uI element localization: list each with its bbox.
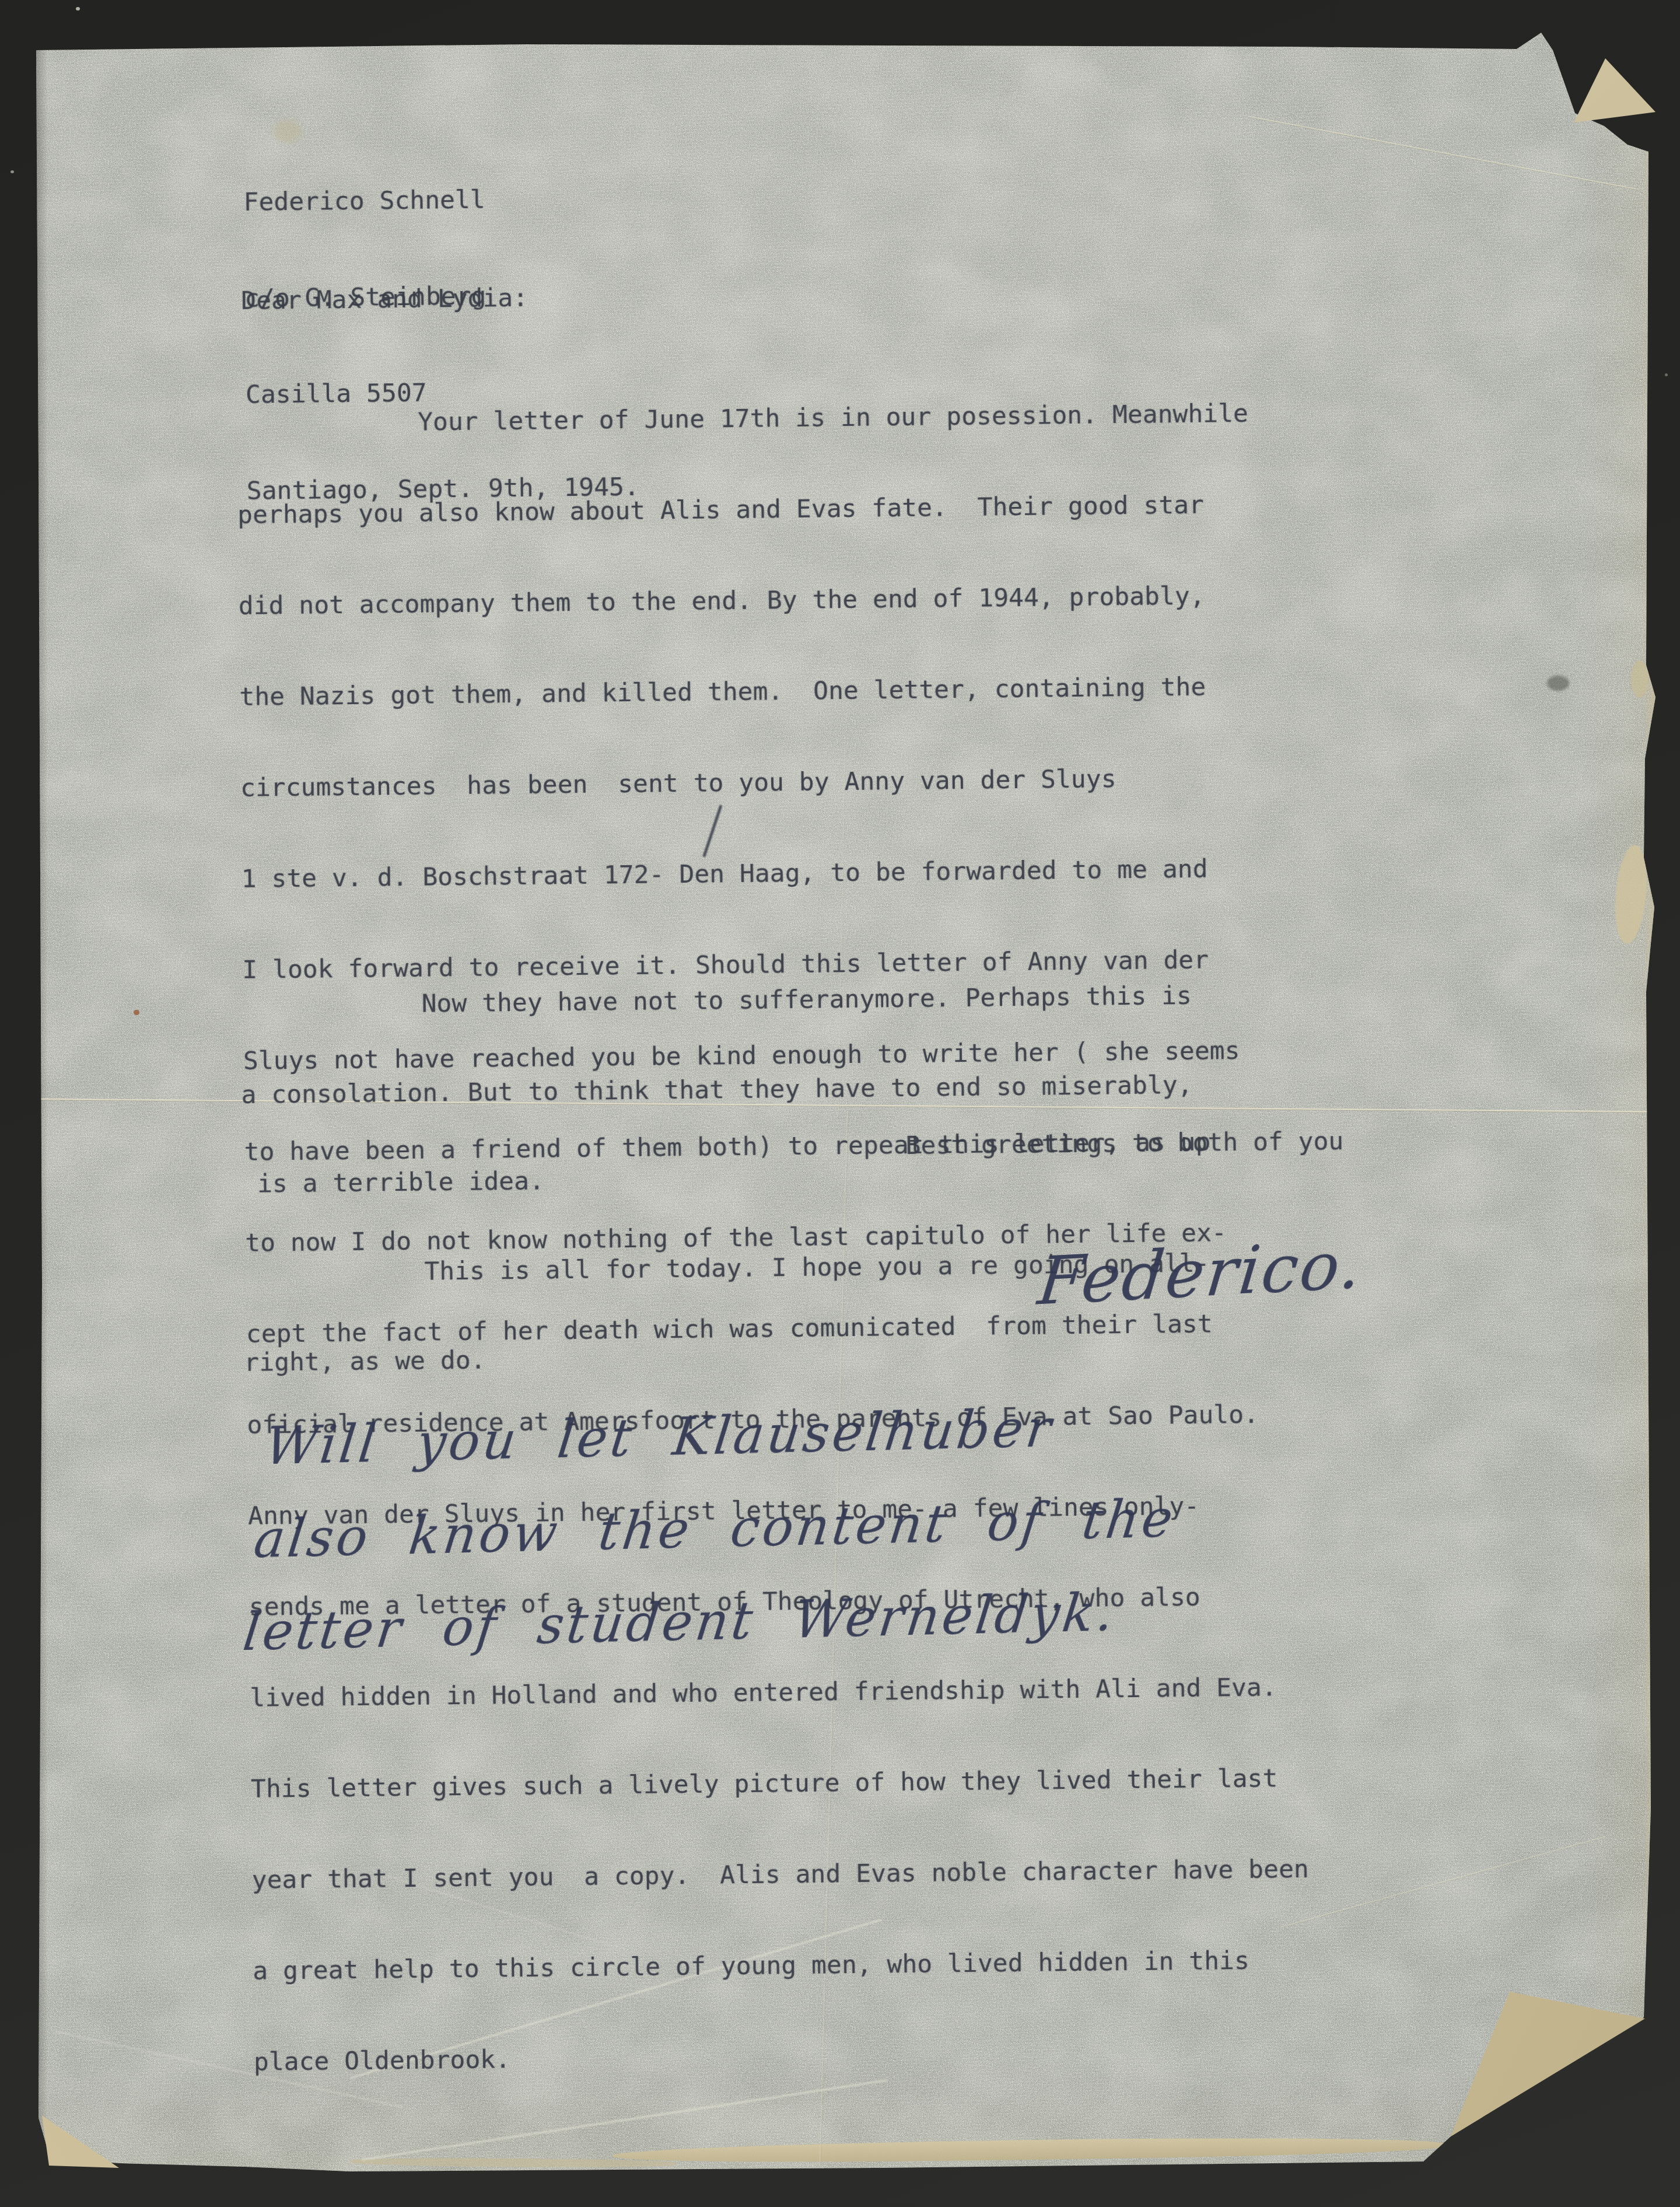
typed-line: year that I sent you a copy. Alis and Ev… <box>251 1854 1309 1895</box>
dust-speck <box>1665 373 1668 376</box>
typed-line: lived hidden in Holland and who entered … <box>250 1672 1307 1713</box>
typed-text-layer: Federico Schnell c/o G. Steinberg Casill… <box>0 0 1680 2207</box>
closing-line: Best greetings to both of you <box>905 1126 1343 1161</box>
dust-speck <box>76 7 80 11</box>
typed-line: Now they have not to sufferanymore. Perh… <box>240 981 1207 1021</box>
typed-line: a consolation. But to think that they ha… <box>241 1071 1207 1110</box>
typed-line: 1 ste v. d. Boschstraat 172- Den Haag, t… <box>241 853 1298 894</box>
typed-line: did not accompany them to the end. By th… <box>239 580 1296 621</box>
typed-line: perhaps you also know about Alis and Eva… <box>237 489 1295 530</box>
typed-line: Your letter of June 17th is in our poses… <box>236 398 1294 439</box>
typed-line: place Oldenbrook. <box>254 2036 1311 2077</box>
typed-line: circumstances has been sent to you by An… <box>240 762 1298 803</box>
salutation: Dear Max and Lydia: <box>241 283 528 316</box>
typed-line: the Nazis got them, and killed them. One… <box>239 671 1297 712</box>
typed-line: is a terrible idea. <box>242 1160 1209 1199</box>
letter-paper: Federico Schnell c/o G. Steinberg Casill… <box>0 0 1680 2207</box>
postscript-handwritten: Will you let Klauselhuber also know the … <box>238 1379 1192 1678</box>
scanned-letter-page: Federico Schnell c/o G. Steinberg Casill… <box>0 0 1680 2207</box>
typed-line: This letter gives such a lively picture … <box>251 1763 1308 1804</box>
typed-line: a great help to this circle of young men… <box>253 1945 1310 1986</box>
sender-address-line: Federico Schnell <box>243 183 636 219</box>
body-paragraph-2: Now they have not to sufferanymore. Perh… <box>240 922 1212 1437</box>
dust-speck <box>10 170 14 173</box>
typed-line: right, as we do. <box>244 1338 1210 1378</box>
